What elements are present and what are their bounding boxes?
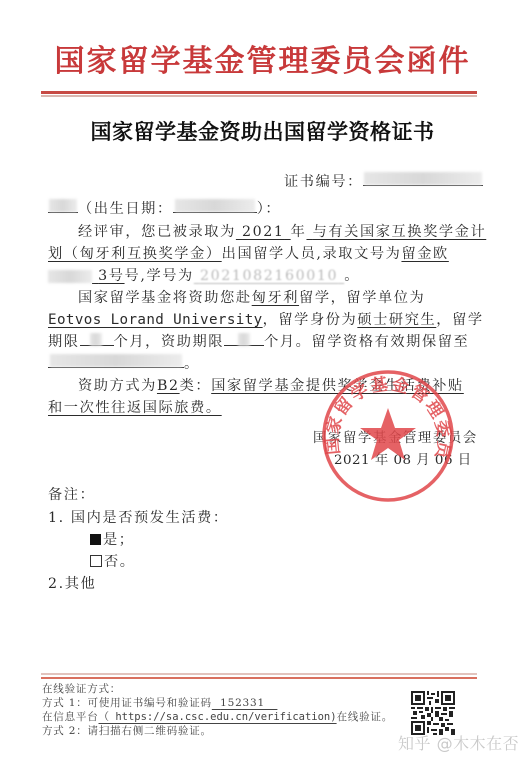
seal-icon: 国家留学基金管理委员会 bbox=[318, 366, 458, 506]
platform-suffix: 在线验证。 bbox=[337, 711, 394, 723]
paragraph3-line2: 和一次性往返国际旅费。 bbox=[48, 397, 222, 419]
remarks-label: 备注： bbox=[48, 484, 95, 506]
host-university: Eotvos Lorand University bbox=[48, 312, 263, 328]
admission-year: 2021 bbox=[236, 224, 291, 240]
qr-code[interactable] bbox=[411, 691, 455, 735]
option-yes-label: 是； bbox=[103, 532, 135, 548]
paragraph2-line2: Eotvos Lorand University，留学身份为硕士研究生，留学 bbox=[48, 309, 484, 331]
official-seal: 国家留学基金管理委员会 bbox=[318, 366, 458, 506]
months-unit: 个月，资助期限 bbox=[114, 334, 225, 350]
validity-date bbox=[48, 353, 184, 368]
birth-date bbox=[173, 198, 257, 213]
p1-after-program: 出国留学人员,录取文号为 bbox=[222, 246, 402, 262]
checkbox-empty-icon bbox=[90, 555, 102, 567]
platform-label: 在信息平台 bbox=[42, 711, 99, 723]
p2-mid: 留学，留学单位为 bbox=[299, 290, 425, 306]
recipient-name bbox=[48, 198, 78, 213]
period-label: ，留学 bbox=[436, 312, 483, 328]
verification-platform: 在信息平台（ https://sa.csc.edu.cn/verificatio… bbox=[42, 711, 393, 725]
paragraph1-line3: 3号号,学号为 2021082160010 。 bbox=[48, 265, 360, 287]
p3-lead: 资助方式为 bbox=[78, 378, 157, 394]
option-no-label: 否。 bbox=[104, 554, 136, 570]
period-label-b: 期限 bbox=[48, 334, 80, 350]
p2-lead: 国家留学基金将资助您赴 bbox=[78, 290, 252, 306]
p1-doc-suffix: 号,学号为 bbox=[125, 268, 194, 284]
months-unit2: 个月。留学资格有效期保留至 bbox=[264, 334, 469, 350]
funding-detail-line2: 和一次性往返国际旅费。 bbox=[48, 400, 222, 416]
p1-lead: 经评审，您已被录取为 bbox=[78, 224, 236, 240]
birth-label: （出生日期： bbox=[78, 201, 173, 217]
admission-doc-prefix: 留金欧 bbox=[401, 246, 448, 262]
program-name-line2: 划（匈牙利互换奖学金） bbox=[48, 246, 222, 262]
p1-end: 。 bbox=[344, 268, 360, 284]
remark-item-2: 2.其他 bbox=[48, 573, 96, 595]
certificate-number-value bbox=[363, 171, 483, 186]
letterhead-rule-secondary bbox=[41, 95, 477, 97]
funding-period-months bbox=[224, 331, 264, 346]
birth-close: ）： bbox=[257, 201, 281, 217]
method1-label: 方式 1：可使用证书编号和验证码 bbox=[42, 697, 212, 709]
letterhead-title: 国家留学基金管理委员会函件 bbox=[0, 36, 525, 80]
remark-item-1: 1. 国内是否预发生活费： bbox=[48, 507, 229, 529]
verification-url[interactable]: （ https://sa.csc.edu.cn/verification) bbox=[99, 711, 337, 723]
qr-code-icon bbox=[411, 691, 455, 735]
recipient-line: （出生日期：）： bbox=[48, 198, 281, 220]
footer-rule bbox=[41, 677, 477, 679]
identity-label: ，留学身份为 bbox=[263, 312, 358, 328]
student-identity: 硕士研究生 bbox=[357, 312, 436, 328]
paragraph2-line4: 。 bbox=[48, 353, 200, 375]
p1-year-suffix: 年 bbox=[291, 224, 307, 240]
paragraph1-line2: 划（匈牙利互换奖学金）出国留学人员,录取文号为留金欧 bbox=[48, 243, 449, 265]
paragraph2-line1: 国家留学基金将资助您赴匈牙利留学，留学单位为 bbox=[78, 287, 425, 309]
destination-country: 匈牙利 bbox=[252, 290, 299, 306]
program-name-line1: 与有关国家互换奖学金计 bbox=[306, 224, 486, 240]
paragraph2-line3: 期限个月，资助期限个月。留学资格有效期保留至 bbox=[48, 331, 469, 353]
funding-type-suffix: 类： bbox=[180, 378, 212, 394]
verification-title: 在线验证方式： bbox=[42, 683, 121, 697]
option-no: 否。 bbox=[90, 551, 136, 573]
verification-method1: 方式 1：可使用证书编号和验证码 152331 bbox=[42, 697, 277, 711]
footer-rule-secondary bbox=[41, 673, 477, 675]
verification-method2: 方式 2：请扫描右侧二维码验证。 bbox=[42, 725, 212, 739]
p2-end: 。 bbox=[184, 356, 200, 372]
student-number: 2021082160010 bbox=[194, 268, 344, 284]
checkbox-checked-icon bbox=[90, 534, 101, 545]
paragraph1-line1: 经评审，您已被录取为 2021 年 与有关国家互换奖学金计 bbox=[78, 221, 486, 243]
admission-doc-number: 3号 bbox=[48, 268, 125, 284]
study-period-months bbox=[80, 331, 114, 346]
letterhead-rule bbox=[41, 91, 477, 94]
funding-type: B2 bbox=[157, 378, 180, 394]
certificate-number-label: 证书编号： bbox=[284, 174, 363, 190]
certificate-title: 国家留学基金资助出国留学资格证书 bbox=[0, 116, 525, 146]
watermark: 知乎 @木木在否 bbox=[398, 731, 519, 754]
option-yes: 是； bbox=[90, 529, 135, 551]
verification-code: 152331 bbox=[212, 697, 278, 709]
certificate-number: 证书编号： bbox=[284, 171, 483, 193]
